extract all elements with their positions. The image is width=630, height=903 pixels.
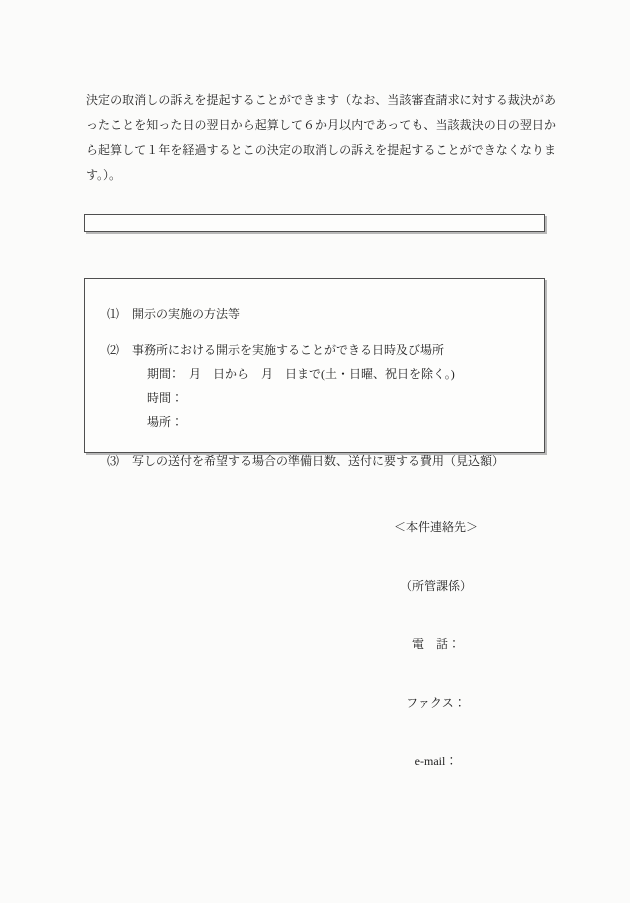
document-page: 決定の取消しの訴えを提起することができます（なお、当該審査請求に対する裁決があっ… [0,0,630,903]
place-label: 場所： [147,415,183,429]
contact-email-label: e-mail： [346,752,526,772]
period-value: 月 日から 月 日まで(土・日曜、祝日を除く。) [177,367,455,381]
contact-block: ＜本件連絡先＞ （所管課係） 電 話： ファクス： e-mail： [346,479,526,811]
contact-title: ＜本件連絡先＞ [346,518,526,538]
section-3-answer-box [84,214,545,232]
detail-item-3-number: ⑶ [107,451,132,471]
contact-department: （所管課係） [346,577,526,597]
contact-phone-label: 電 話： [346,635,526,655]
detail-item-1-text: 開示の実施の方法等 [132,307,240,321]
section-4-detail-box: ⑴開示の実施の方法等 ⑵事務所における開示を実施することができる日時及び場所 期… [84,278,545,453]
intro-paragraph: 決定の取消しの訴えを提起することができます（なお、当該審査請求に対する裁決があっ… [86,88,556,188]
detail-item-3-text: 写しの送付を希望する場合の準備日数、送付に要する費用（見込額） [132,454,504,468]
contact-fax-label: ファクス： [346,694,526,714]
